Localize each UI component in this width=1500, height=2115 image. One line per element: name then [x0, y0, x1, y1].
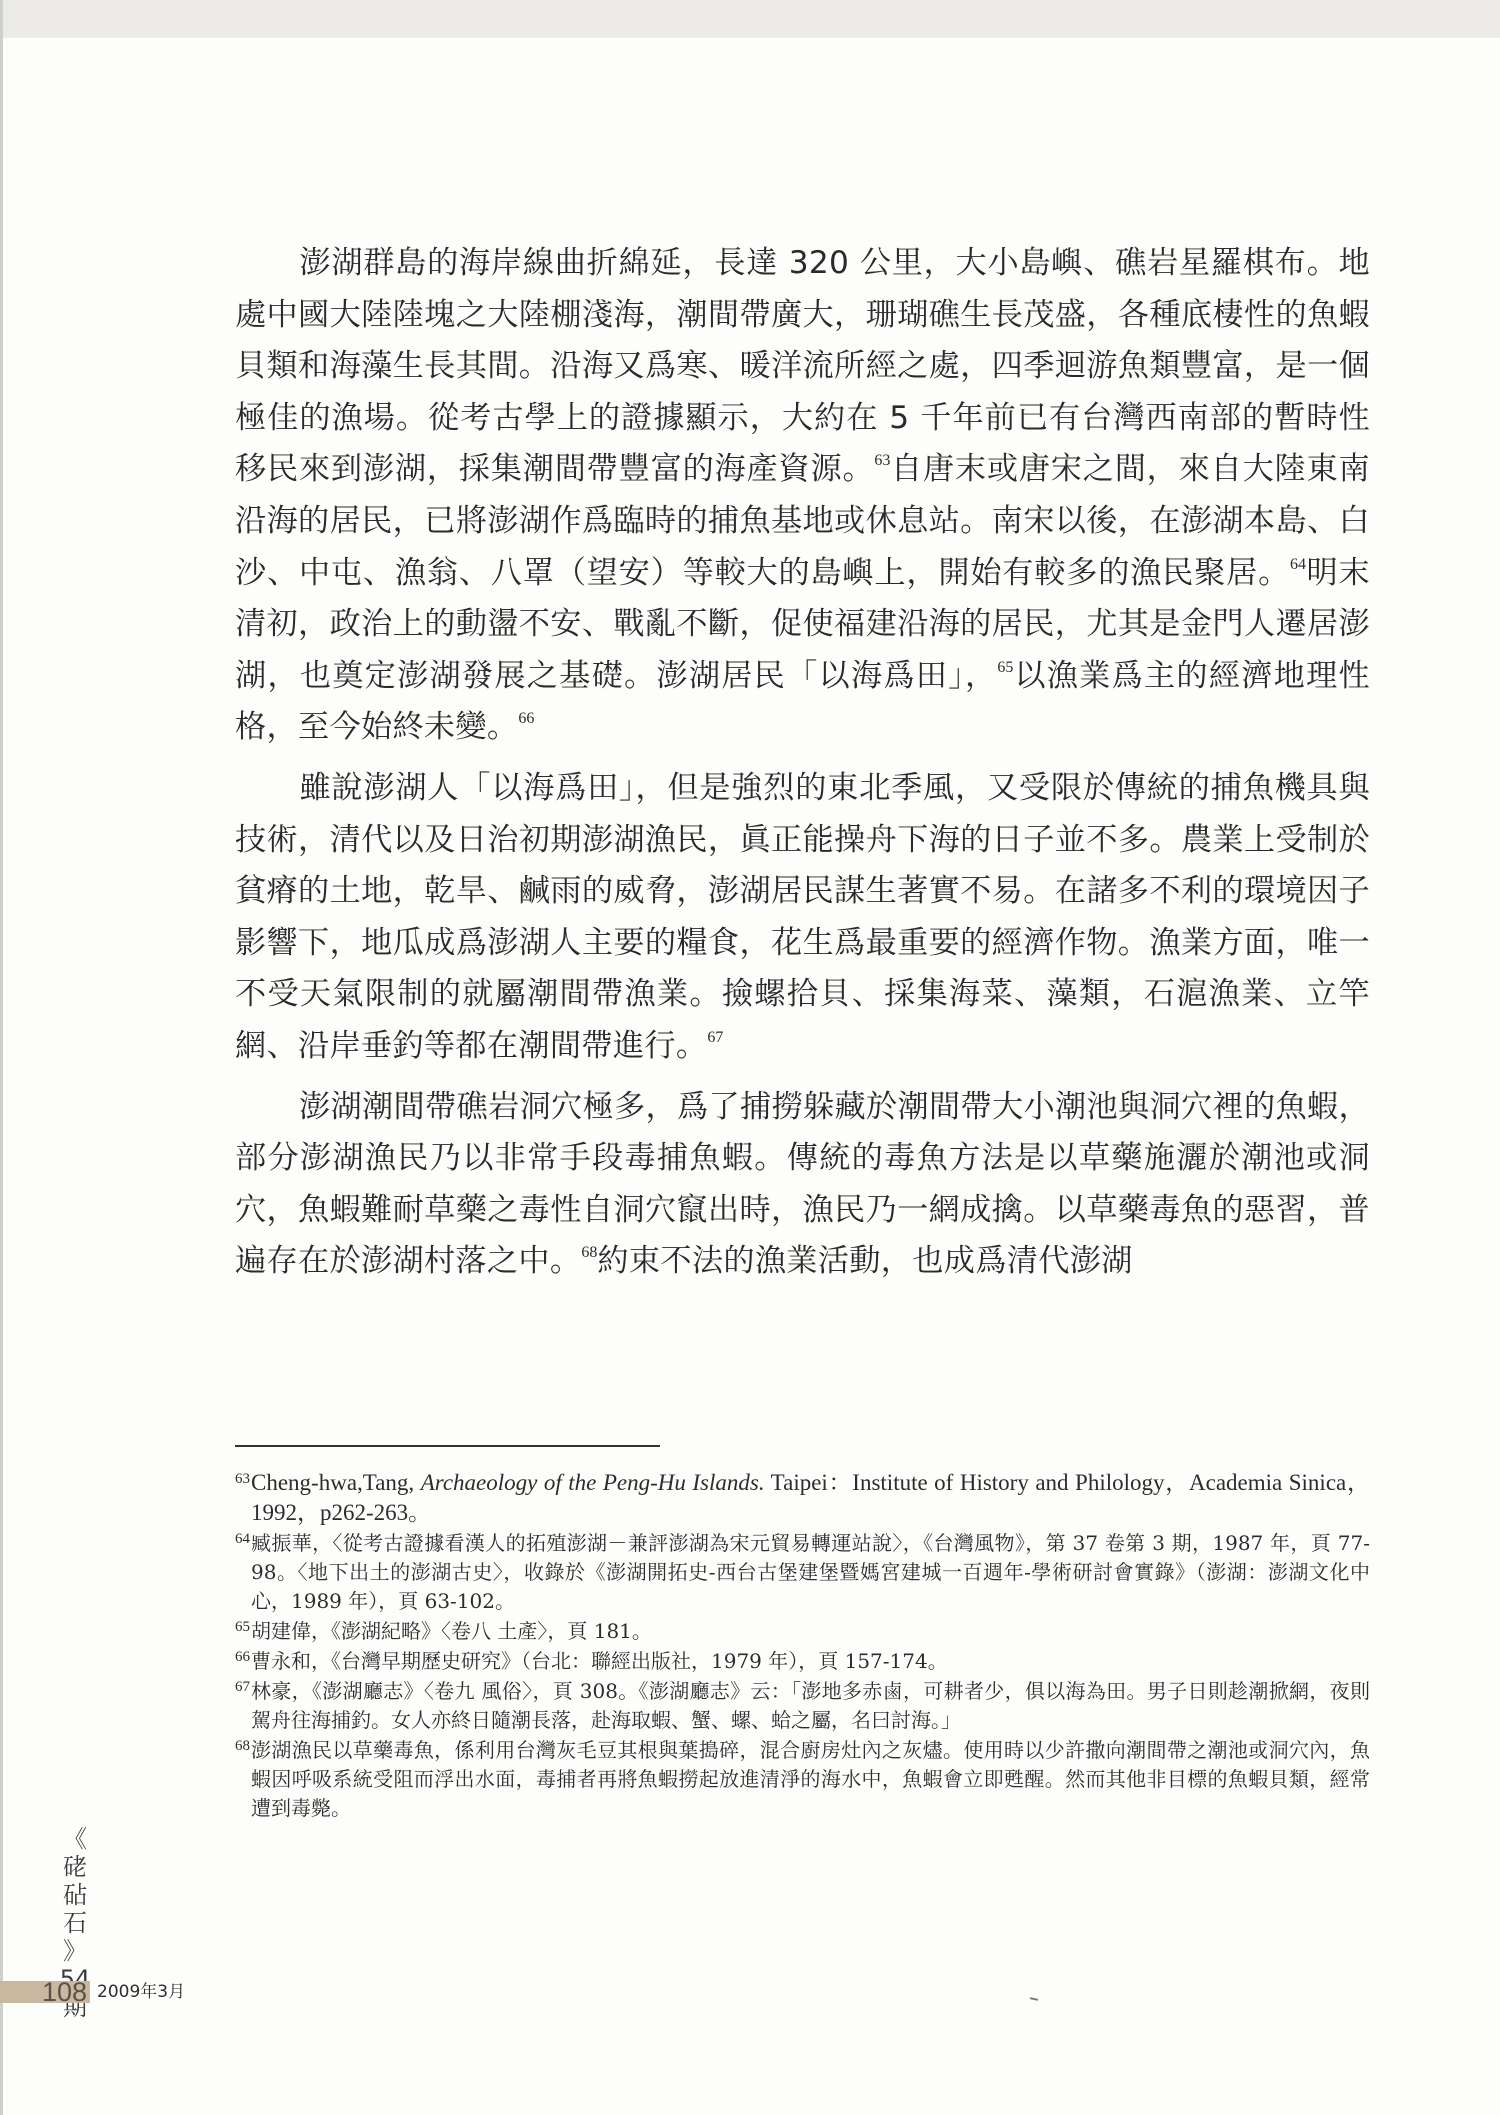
publication-char: 硓	[58, 1853, 92, 1881]
page-edge	[0, 0, 3, 2115]
footnote-author: Cheng-hwa,Tang,	[251, 1470, 421, 1495]
publication-char: 》	[58, 1937, 92, 1965]
paragraph-text: 雖說澎湖人「以海爲田」，但是強烈的東北季風，又受限於傳統的捕魚機具與技術，清代以…	[235, 770, 1370, 1064]
paragraph-3: 澎湖潮間帶礁岩洞穴極多，爲了捕撈躲藏於潮間帶大小潮池與洞穴裡的魚蝦，部分澎湖漁民…	[235, 1082, 1370, 1288]
footnotes: 63Cheng-hwa,Tang, Archaeology of the Pen…	[235, 1468, 1370, 1824]
footnote-number: 64	[235, 1525, 250, 1554]
footnote-number: 66	[235, 1643, 250, 1672]
footnote-text: 澎湖漁民以草藥毒魚，係利用台灣灰毛豆其根與葉搗碎，混合廚房灶內之灰燼。使用時以少…	[251, 1738, 1370, 1820]
page-number: 108	[42, 1977, 87, 2007]
footnote-ref-64[interactable]: 64	[1290, 556, 1306, 573]
scan-speck	[1030, 1997, 1038, 2001]
footnote-text: 胡建偉，《澎湖紀略》〈卷八 土產〉，頁 181。	[251, 1619, 652, 1643]
article-body: 澎湖群島的海岸線曲折綿延，長達 320 公里，大小島嶼、礁岩星羅棋布。地處中國大…	[235, 238, 1370, 1288]
footnote-number: 68	[235, 1732, 250, 1761]
publication-char: 石	[58, 1909, 92, 1937]
publication-char: 砧	[58, 1881, 92, 1909]
footnote-title: Archaeology of the Peng-Hu Islands.	[421, 1470, 765, 1495]
footnote-ref-65[interactable]: 65	[997, 659, 1013, 676]
footnote-text: 曹永和，《台灣早期歷史研究》（台北：聯經出版社，1979 年），頁 157-17…	[251, 1649, 948, 1673]
footnote-68: 68澎湖漁民以草藥毒魚，係利用台灣灰毛豆其根與葉搗碎，混合廚房灶內之灰燼。使用時…	[235, 1736, 1370, 1823]
footnote-66: 66曹永和，《台灣早期歷史研究》（台北：聯經出版社，1979 年），頁 157-…	[235, 1647, 1370, 1676]
page-number-badge: 108	[0, 1981, 90, 2003]
issue-date: 2009年3月	[97, 1980, 185, 2004]
footnote-number: 65	[235, 1613, 250, 1642]
footnote-64: 64臧振華，〈從考古證據看漢人的拓殖澎湖－兼評澎湖為宋元貿易轉運站說〉，《台灣風…	[235, 1529, 1370, 1616]
footnote-ref-66[interactable]: 66	[518, 710, 534, 727]
paragraph-1: 澎湖群島的海岸線曲折綿延，長達 320 公里，大小島嶼、礁岩星羅棋布。地處中國大…	[235, 238, 1370, 754]
top-scan-band	[0, 0, 1500, 38]
footnote-number: 63	[235, 1464, 250, 1494]
footnote-ref-68[interactable]: 68	[581, 1244, 597, 1261]
footnote-number: 67	[235, 1673, 250, 1702]
footnote-67: 67林豪，《澎湖廳志》〈卷九 風俗〉，頁 308。《澎湖廳志》云：「澎地多赤鹵，…	[235, 1677, 1370, 1735]
footnote-divider	[235, 1445, 660, 1447]
paragraph-2: 雖說澎湖人「以海爲田」，但是強烈的東北季風，又受限於傳統的捕魚機具與技術，清代以…	[235, 763, 1370, 1073]
footnote-text: 林豪，《澎湖廳志》〈卷九 風俗〉，頁 308。《澎湖廳志》云：「澎地多赤鹵，可耕…	[251, 1679, 1370, 1732]
footnote-ref-67[interactable]: 67	[707, 1029, 723, 1046]
footnote-text: 臧振華，〈從考古證據看漢人的拓殖澎湖－兼評澎湖為宋元貿易轉運站說〉，《台灣風物》…	[251, 1531, 1370, 1613]
footnote-ref-63[interactable]: 63	[874, 452, 890, 469]
publication-char: 《	[58, 1825, 92, 1853]
footnote-63: 63Cheng-hwa,Tang, Archaeology of the Pen…	[235, 1468, 1370, 1528]
paragraph-text: 約束不法的漁業活動，也成爲清代澎湖	[597, 1243, 1132, 1279]
footnote-65: 65胡建偉，《澎湖紀略》〈卷八 土產〉，頁 181。	[235, 1617, 1370, 1646]
